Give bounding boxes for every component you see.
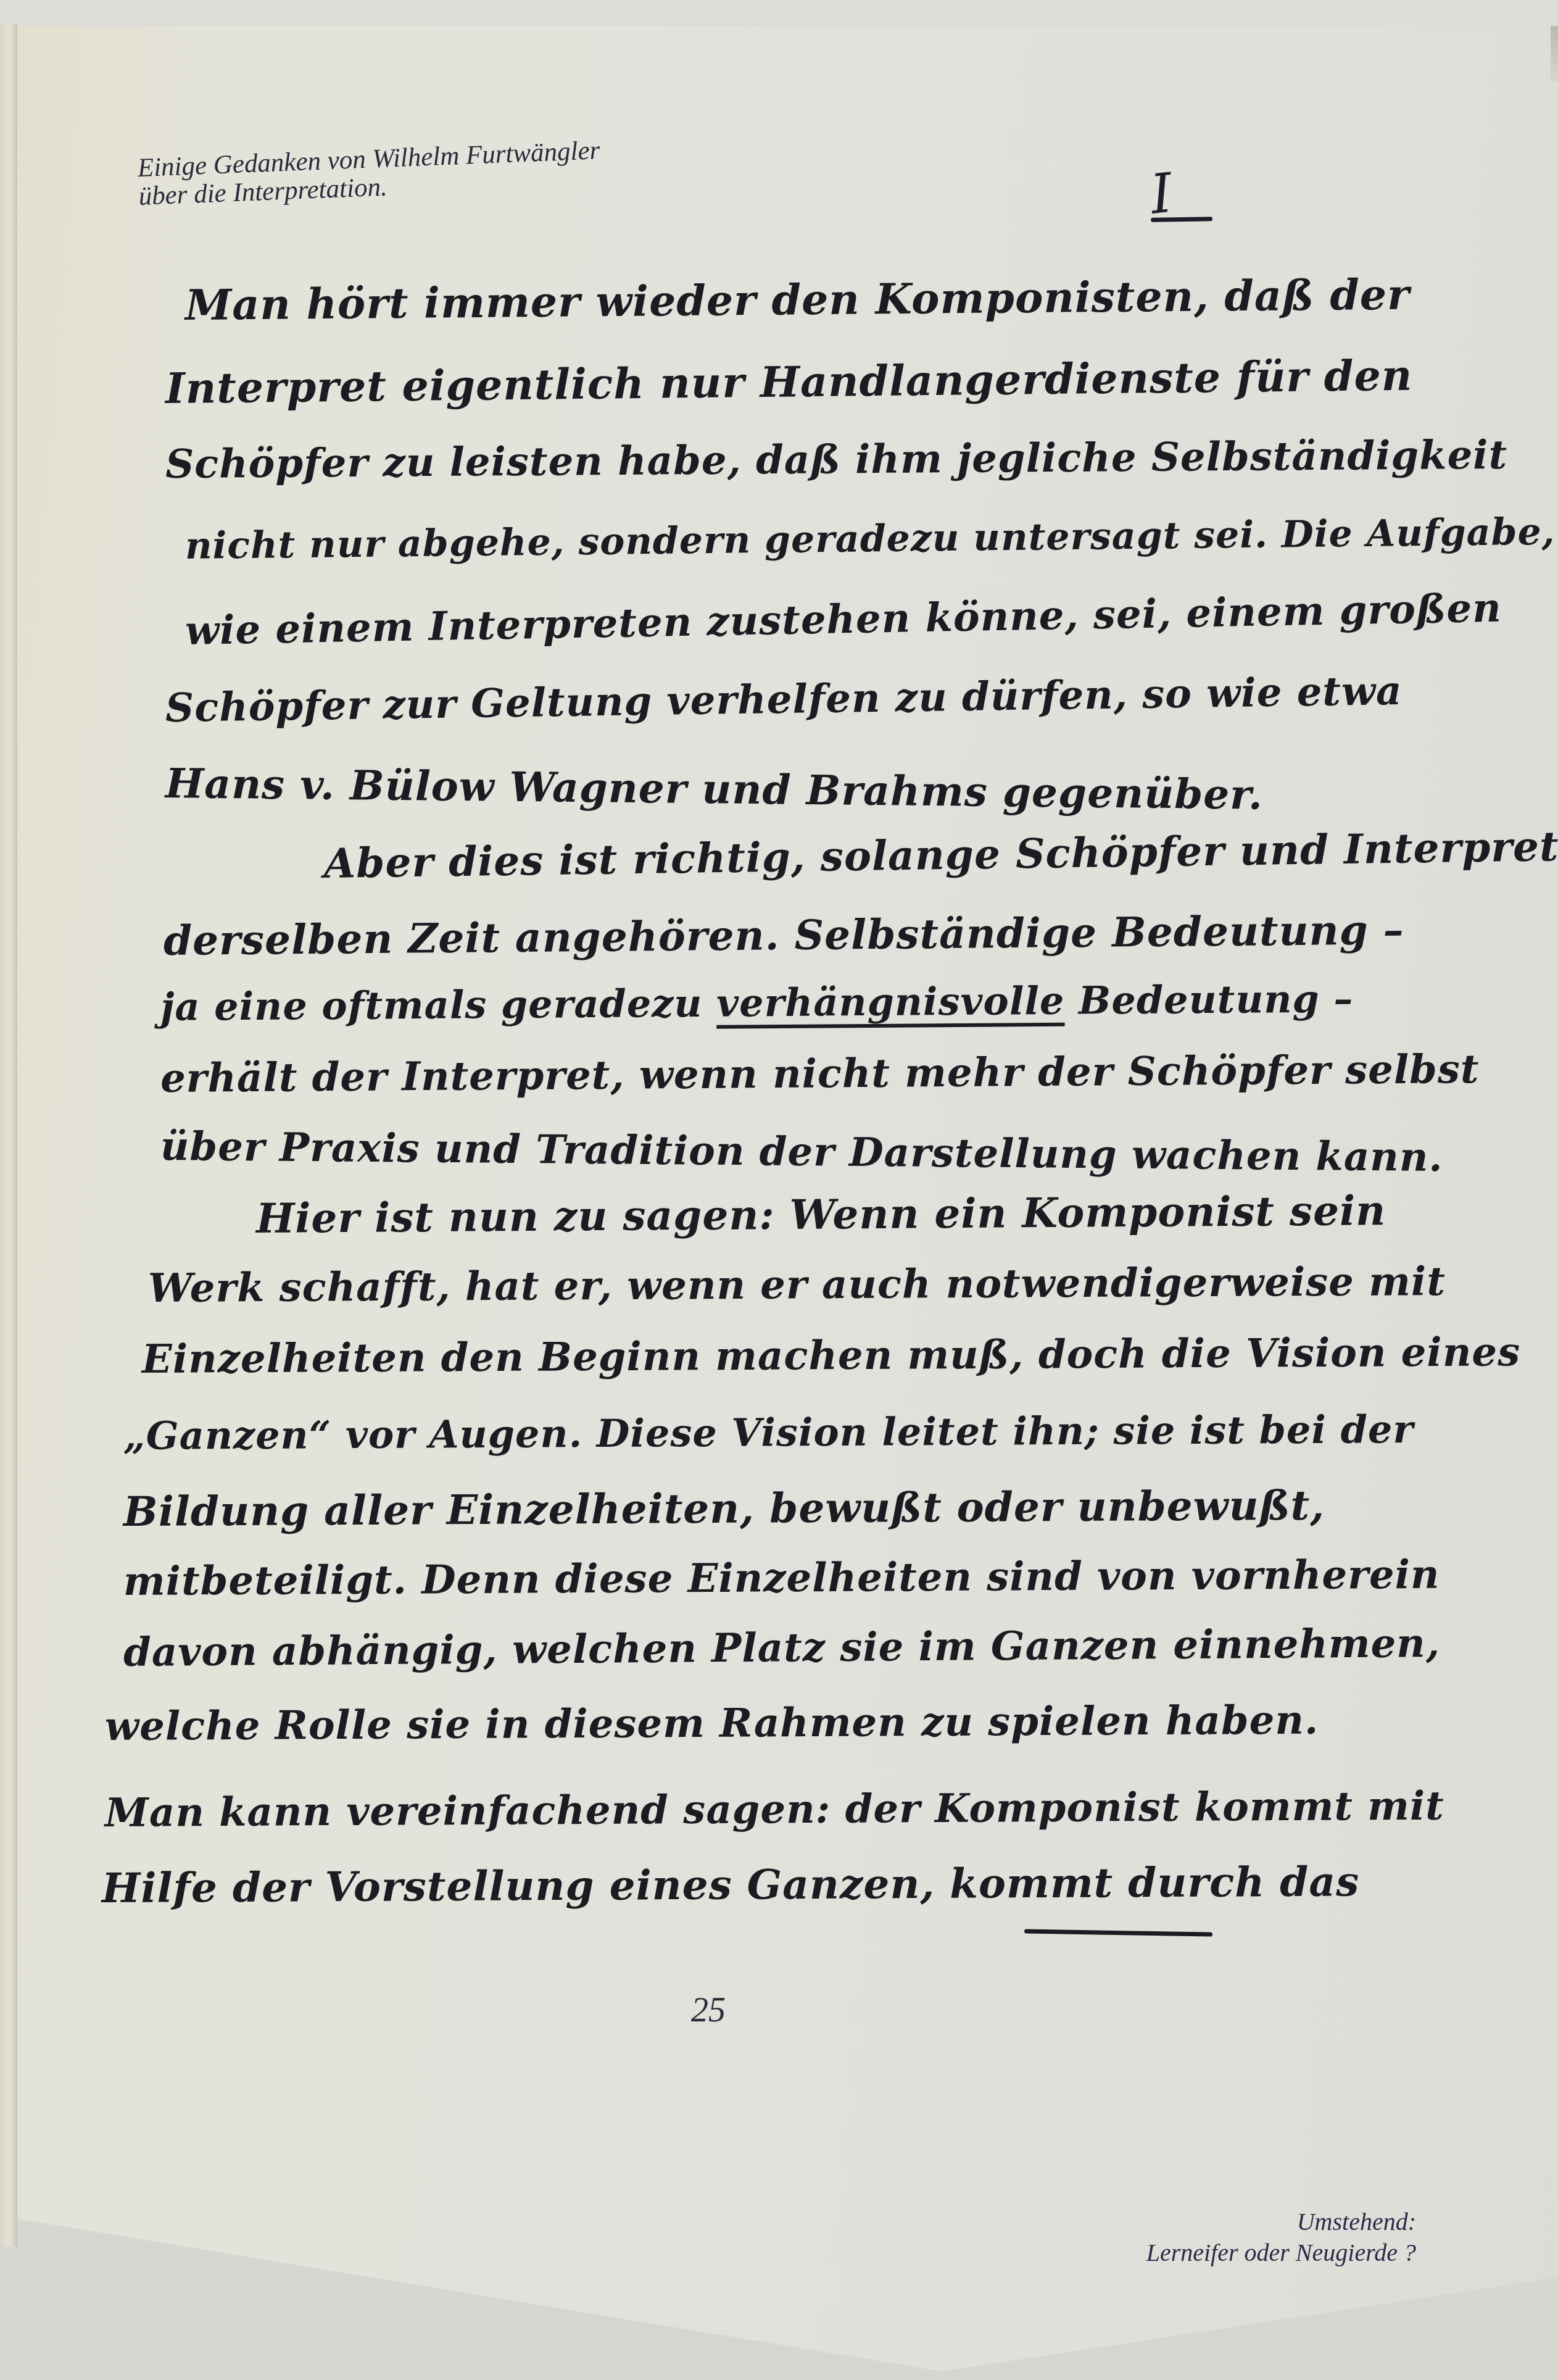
manuscript-line: Schöpfer zu leisten habe, daß ihm jeglic… [165, 432, 1508, 488]
manuscript-line: davon abhängig, welchen Platz sie im Gan… [123, 1620, 1441, 1676]
manuscript-line: Werk schafft, hat er, wenn er auch notwe… [148, 1259, 1446, 1312]
manuscript-line: wie einem Interpreten zustehen könne, se… [184, 585, 1502, 654]
manuscript-line: Hans v. Bülow Wagner und Brahms gegenübe… [165, 759, 1264, 819]
manuscript-line: mitbeteiligt. Denn diese Einzelheiten si… [123, 1552, 1440, 1605]
manuscript-line: „Ganzen“ vor Augen. Diese Vision leitet … [123, 1407, 1414, 1458]
manuscript-line: Hilfe der Vorstellung eines Ganzen, komm… [102, 1857, 1360, 1912]
footer-line-2: Lerneifer oder Neugierde ? [1146, 2237, 1416, 2268]
manuscript-line: welche Rolle sie in diesem Rahmen zu spi… [105, 1697, 1319, 1750]
manuscript-line: Man hört immer wieder den Komponisten, d… [185, 270, 1411, 330]
manuscript-line: Hier ist nun zu sagen: Wenn ein Komponis… [256, 1186, 1386, 1242]
footer-line-1: Umstehend: [1146, 2207, 1416, 2237]
underlined-phrase: verhängnisvolle [716, 978, 1065, 1026]
manuscript-line: nicht nur abgehe, sondern geradezu unter… [185, 510, 1556, 568]
manuscript-line: Interpret eigentlich nur Handlangerdiens… [165, 351, 1413, 414]
manuscript-line: Aber dies ist richtig, solange Schöpfer … [323, 822, 1558, 888]
manuscript-line: derselben Zeit angehören. Selbständige B… [164, 905, 1404, 965]
manuscript-end-underline [1024, 1929, 1212, 1936]
page-number: 25 [691, 1991, 726, 2030]
handwritten-manuscript: Man hört immer wieder den Komponisten, d… [0, 0, 1558, 2380]
manuscript-line: ja eine oftmals geradezu verhängnisvolle… [160, 976, 1354, 1030]
footer-note: Umstehend: Lerneifer oder Neugierde ? [1146, 2207, 1416, 2268]
manuscript-line: Schöpfer zur Geltung verhelfen zu dürfen… [165, 668, 1402, 731]
manuscript-line: Man kann vereinfachend sagen: der Kompon… [105, 1783, 1444, 1836]
manuscript-line: erhält der Interpret, wenn nicht mehr de… [160, 1046, 1480, 1102]
manuscript-line: Einzelheiten den Beginn machen muß, doch… [142, 1329, 1520, 1383]
manuscript-line: Bildung aller Einzelheiten, bewußt oder … [123, 1481, 1325, 1536]
manuscript-line: über Praxis und Tradition der Darstellun… [160, 1123, 1443, 1181]
